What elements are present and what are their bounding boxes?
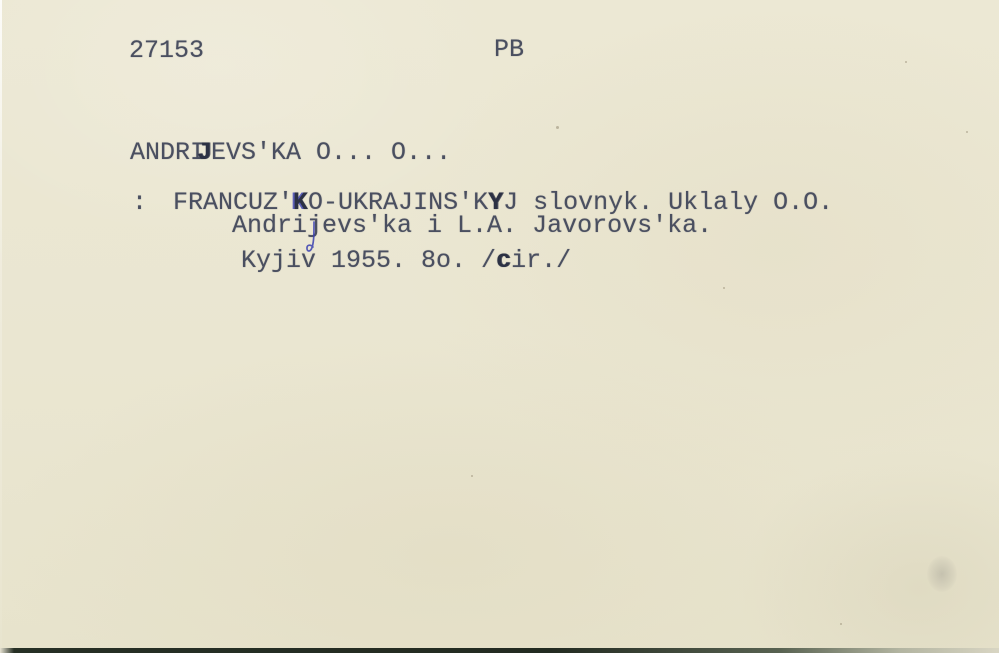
authors-line: Andrijevs'ka i L.A. Javorovs'ka. [232, 213, 712, 238]
heading-text-pre: ANDRI [130, 138, 205, 167]
paper-speck [556, 126, 559, 129]
paper-speck [840, 623, 842, 625]
heading-text-post: EVS'KA O... O... [211, 138, 451, 167]
paper-speck [905, 61, 907, 63]
imprint-text-segment: ir./ [511, 246, 571, 275]
paper-smudge [927, 556, 957, 592]
entry-colon: : [132, 190, 147, 215]
paper-speck [723, 287, 725, 289]
heading-line: ANDRIJEVS'KA O... O... [130, 140, 451, 165]
card-bottom-edge [0, 648, 999, 653]
classification-code: PB [494, 37, 524, 62]
overstruck-letter: J [197, 140, 212, 165]
authors-text-segment: evs'ka i L.A. Javorovs'ka. [322, 211, 712, 240]
catalog-number: 27153 [129, 38, 204, 63]
imprint-text-segment: Kyjiv 1955. 8o. / [241, 246, 496, 275]
overstruck-letter: c [496, 246, 511, 275]
imprint-line: Kyjiv 1955. 8o. /cir./ [241, 248, 571, 273]
card-paper: 27153 PB ANDRIJEVS'KA O... O... : FRANCU… [0, 0, 999, 653]
corrected-letter: j [307, 213, 322, 238]
card-left-edge [0, 0, 2, 653]
paper-speck [471, 475, 473, 477]
authors-text-segment: Andri [232, 211, 307, 240]
paper-speck [966, 131, 968, 133]
scanned-catalog-card: 27153 PB ANDRIJEVS'KA O... O... : FRANCU… [0, 0, 999, 653]
